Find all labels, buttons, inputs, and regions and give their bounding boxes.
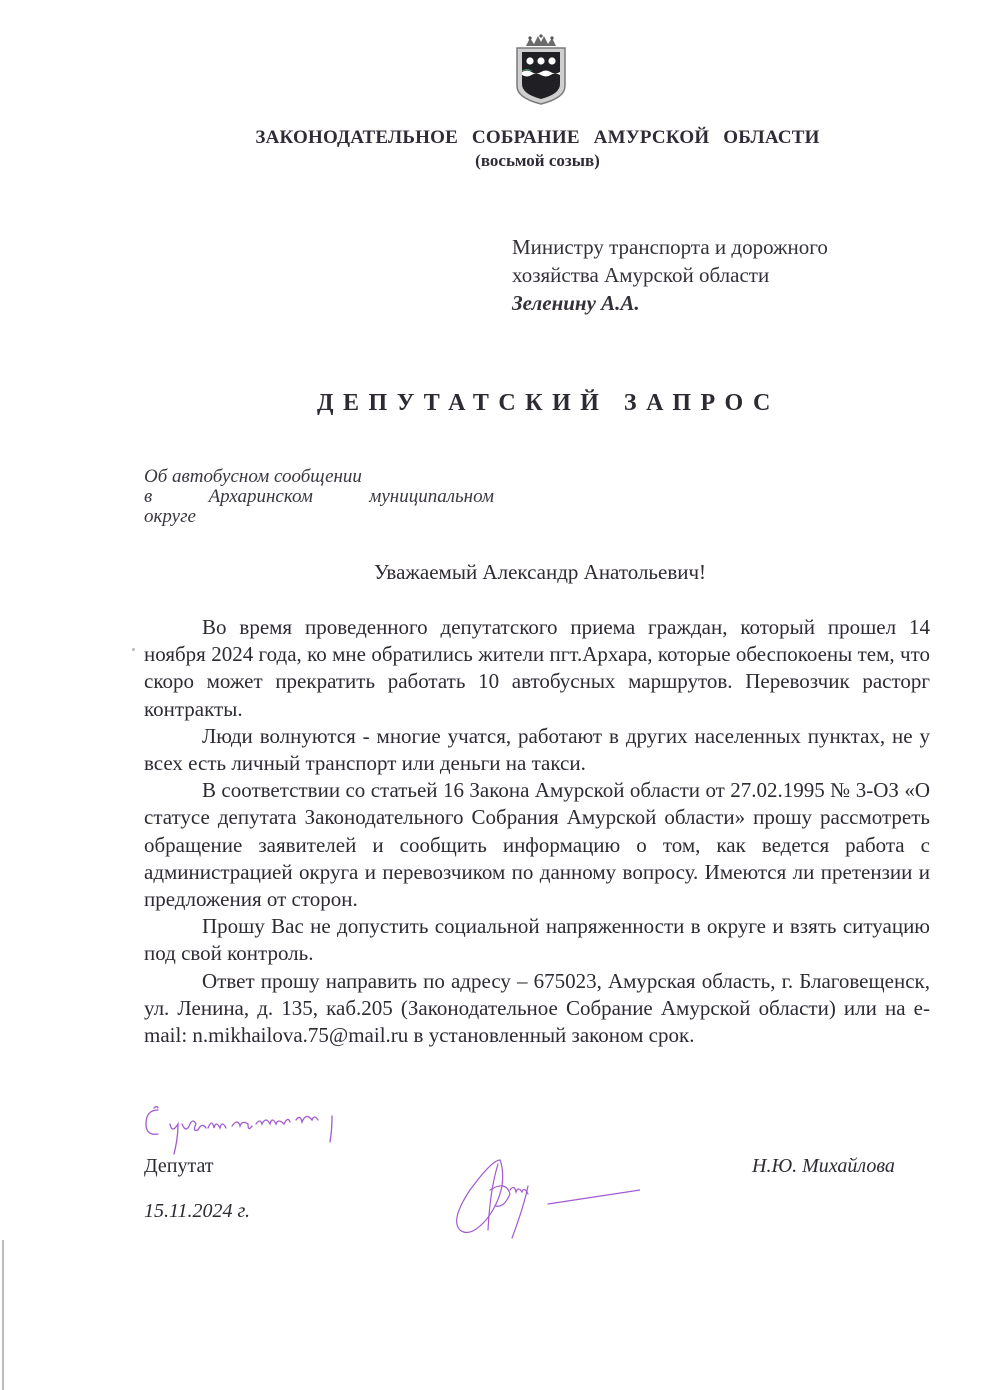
convocation: (восьмой созыв)	[0, 151, 1000, 171]
signature-date: 15.11.2024 г.	[144, 1200, 250, 1223]
addressee-position-line2: хозяйства Амурской области	[512, 261, 828, 289]
greeting: Уважаемый Александр Анатольевич!	[0, 560, 1000, 585]
addressee-name: Зеленину А.А.	[512, 289, 828, 317]
paragraph: Прошу Вас не допустить социальной напряж…	[144, 913, 930, 967]
body-text: Во время проведенного депутатского прием…	[144, 614, 930, 1049]
signature-icon	[440, 1150, 640, 1250]
addressee-block: Министру транспорта и дорожного хозяйств…	[512, 233, 828, 317]
addressee-position-line1: Министру транспорта и дорожного	[512, 233, 828, 261]
subject-line3: округе	[144, 507, 494, 527]
coat-of-arms-icon	[512, 34, 570, 106]
signatory-role: Депутат	[144, 1155, 214, 1178]
subject-line1: Об автобусном сообщении	[144, 467, 494, 487]
document-title: ДЕПУТАТСКИЙ ЗАПРОС	[317, 390, 780, 417]
scan-speck	[132, 648, 135, 651]
subject-word: муниципальном	[369, 487, 494, 507]
paragraph: Ответ прошу направить по адресу – 675023…	[144, 968, 930, 1050]
scan-page-edge	[2, 1240, 4, 1390]
organization-name: ЗАКОНОДАТЕЛЬНОЕ СОБРАНИЕ АМУРСКОЙ ОБЛАСТ…	[0, 127, 1000, 149]
subject-line2: в Архаринском муниципальном	[144, 487, 494, 507]
subject-word: Архаринском	[209, 487, 313, 507]
subject-block: Об автобусном сообщении в Архаринском му…	[144, 467, 494, 527]
subject-word: в	[144, 487, 152, 507]
paragraph: В соответствии со статьей 16 Закона Амур…	[144, 777, 930, 913]
paragraph: Люди волнуются - многие учатся, работают…	[144, 723, 930, 777]
paragraph: Во время проведенного депутатского прием…	[144, 614, 930, 723]
signatory-name: Н.Ю. Михайлова	[752, 1155, 895, 1178]
